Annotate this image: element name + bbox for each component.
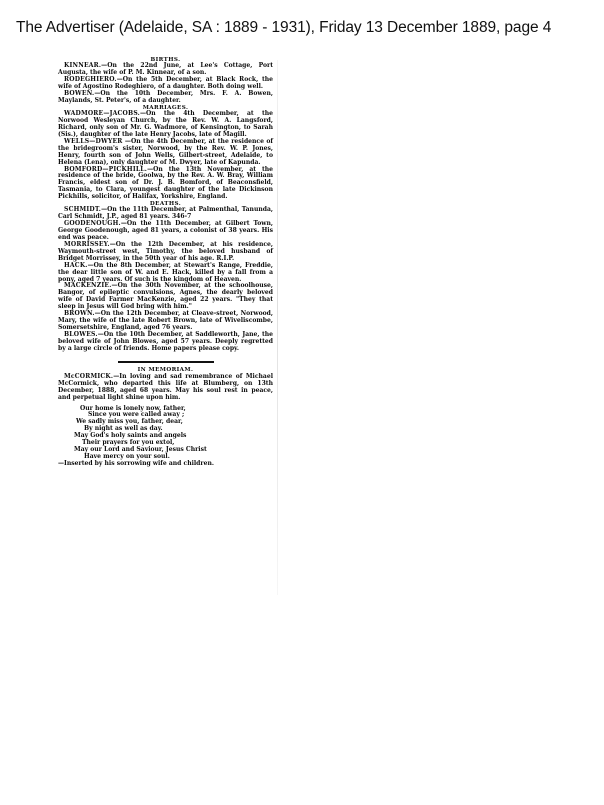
notice-item: BLOWES.—On the 10th December, at Saddlew…	[58, 332, 273, 353]
notice-item: HACK.—On the 8th December, at Stewart's …	[58, 263, 273, 284]
notice-item: BOMFORD—PICKHILL.—On the 13th November, …	[58, 167, 273, 202]
notice-item: KINNEAR.—On the 22nd June, at Lee's Cott…	[58, 63, 273, 77]
memorial-signature: —Inserted by his sorrowing wife and chil…	[58, 461, 273, 468]
newspaper-clipping: BIRTHS. KINNEAR.—On the 22nd June, at Le…	[58, 57, 273, 468]
notice-item: BROWN.—On the 12th December, at Cleave-s…	[58, 311, 273, 332]
notice-item: WELLS—DWYER —On the 4th December, at the…	[58, 139, 273, 167]
section-divider-rule	[118, 361, 214, 363]
notice-item: RODEGHIERO.—On the 5th December, at Blac…	[58, 77, 273, 91]
notice-item: McCORMICK.—In loving and sad remembrance…	[58, 374, 273, 402]
notice-item: WADMORE—JACOBS.—On the 4th December, at …	[58, 111, 273, 139]
notice-item: BOWEN.—On the 10th December, Mrs. F. A. …	[58, 91, 273, 105]
notice-item: SCHMIDT.—On the 11th December, at Palmen…	[58, 207, 273, 221]
memorial-poem: Our home is lonely now, father, Since yo…	[58, 406, 273, 461]
notice-text: —On the 8th December, at Stewart's Range…	[58, 262, 273, 283]
page-title: The Advertiser (Adelaide, SA : 1889 - 19…	[16, 19, 551, 37]
clipping-edge-divider	[277, 60, 278, 595]
notice-item: GOODENOUGH.—On the 11th December, at Gil…	[58, 221, 273, 242]
notice-item: MACKENZIE.—On the 30th November, at the …	[58, 283, 273, 311]
notice-item: MORRISSEY.—On the 12th December, at his …	[58, 242, 273, 263]
